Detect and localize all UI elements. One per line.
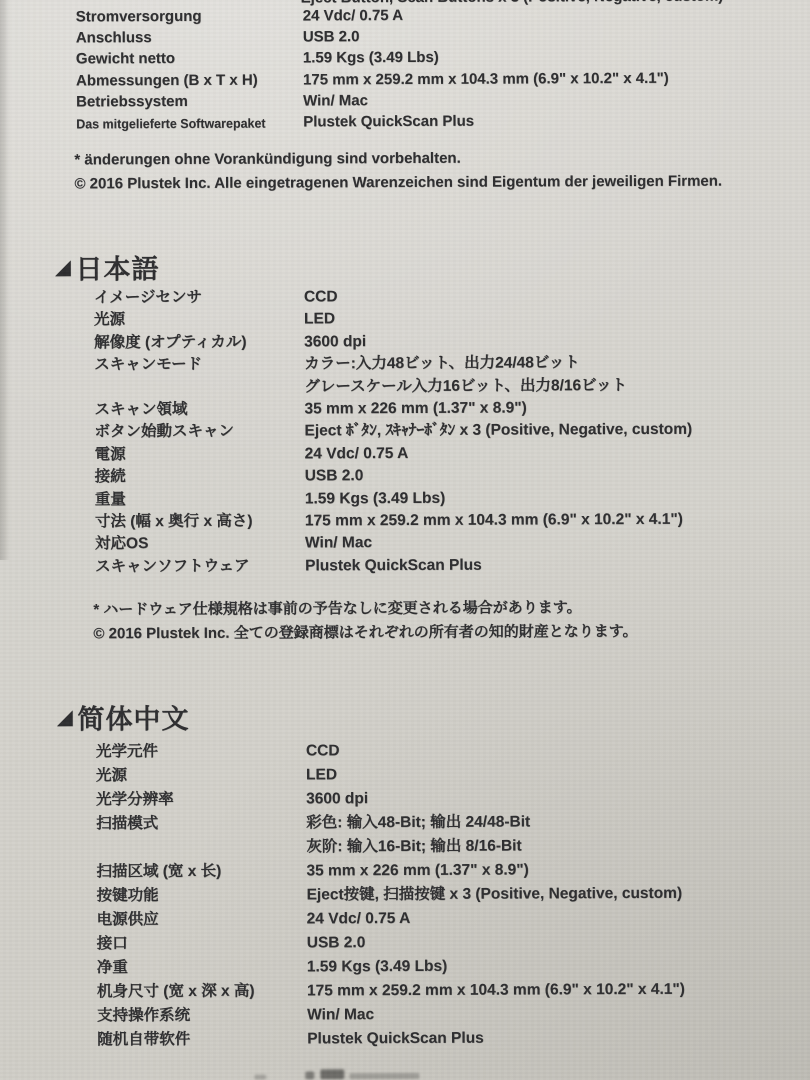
section-header-japanese: ◢ 日本語 xyxy=(56,247,160,286)
spec-row: 电源供应24 Vdc/ 0.75 A xyxy=(97,906,685,933)
spec-label: 净重 xyxy=(97,955,307,980)
spec-row: 接続USB 2.0 xyxy=(95,464,693,489)
footnote-changes-de: * änderungen ohne Vorankündigung sind vo… xyxy=(74,146,722,172)
spec-row: 随机自带软件Plustek QuickScan Plus xyxy=(97,1026,685,1053)
spec-label: 光源 xyxy=(96,763,306,788)
spec-row: 接口USB 2.0 xyxy=(97,930,685,957)
spec-value-line: 175 mm x 259.2 mm x 104.3 mm (6.9" x 10.… xyxy=(303,67,669,90)
spec-value-line: 24 Vdc/ 0.75 A xyxy=(307,907,411,931)
spec-value-line: カラー:入力48ビット、出力24/48ビット xyxy=(304,352,627,376)
spec-value: Win/ Mac xyxy=(305,533,372,556)
spec-value-line: 175 mm x 259.2 mm x 104.3 mm (6.9" x 10.… xyxy=(307,978,685,1004)
spec-row: 光源LED xyxy=(94,307,692,332)
spec-value: LED xyxy=(304,309,335,332)
spec-value: 彩色: 输入48-Bit; 输出 24/48-Bit灰阶: 输入16-Bit; … xyxy=(306,810,530,859)
cropped-next-line-glyph xyxy=(320,1069,344,1079)
spec-value-line: 175 mm x 259.2 mm x 104.3 mm (6.9" x 10.… xyxy=(305,509,683,533)
spec-row: Abmessungen (B x T x H)175 mm x 259.2 mm… xyxy=(76,67,669,91)
spec-label: 光学元件 xyxy=(96,739,306,764)
spec-row: 按键功能Eject按键, 扫描按键 x 3 (Positive, Negativ… xyxy=(96,882,684,909)
spec-value: USB 2.0 xyxy=(307,931,366,955)
spec-value-line: 24 Vdc/ 0.75 A xyxy=(303,5,403,27)
spec-value-line: USB 2.0 xyxy=(305,465,364,488)
spec-value-line: Plustek QuickScan Plus xyxy=(303,111,474,133)
spec-value: 3600 dpi xyxy=(304,331,366,354)
spec-row: AnschlussUSB 2.0 xyxy=(76,25,669,49)
spec-row: イメージセンサCCD xyxy=(94,285,692,310)
spec-value: USB 2.0 xyxy=(303,26,360,47)
spec-value: Plustek QuickScan Plus xyxy=(303,111,474,134)
spec-row: 光学元件CCD xyxy=(96,738,684,765)
spec-value: 24 Vdc/ 0.75 A xyxy=(303,5,403,27)
spec-value: 175 mm x 259.2 mm x 104.3 mm (6.9" x 10.… xyxy=(307,978,685,1004)
spec-value-line: 1.59 Kgs (3.49 Lbs) xyxy=(305,487,446,510)
spec-value: Win/ Mac xyxy=(303,90,368,111)
cropped-next-line-glyph xyxy=(305,1071,314,1079)
spec-value: 24 Vdc/ 0.75 A xyxy=(307,907,411,931)
spec-row: 扫描区域 (宽 x 长)35 mm x 226 mm (1.37" x 8.9"… xyxy=(96,858,684,885)
spec-value-line: 1.59 Kgs (3.49 Lbs) xyxy=(307,955,448,980)
spec-label: 重量 xyxy=(95,488,305,511)
spec-label: 电源供应 xyxy=(97,907,307,932)
spec-value: 1.59 Kgs (3.49 Lbs) xyxy=(303,47,439,69)
spec-value-line: LED xyxy=(304,309,335,332)
spec-value-line: Plustek QuickScan Plus xyxy=(305,555,482,578)
spec-value: 24 Vdc/ 0.75 A xyxy=(305,443,409,466)
spec-label: Abmessungen (B x T x H) xyxy=(76,69,303,91)
spec-label: スキャンソフトウェア xyxy=(95,555,305,578)
spec-label: 寸法 (幅 x 奥行 x 高さ) xyxy=(95,510,305,533)
section-chinese: 光学元件CCD光源LED光学分辨率3600 dpi扫描模式彩色: 输入48-Bi… xyxy=(96,738,685,1053)
section-german: Stromversorgung24 Vdc/ 0.75 AAnschlussUS… xyxy=(76,4,669,135)
spec-row: ボタン始動スキャンEject ﾎﾞﾀﾝ, ｽｷｬﾅｰﾎﾞﾀﾝ x 3 (Posi… xyxy=(94,419,692,444)
spec-value-line: USB 2.0 xyxy=(303,26,360,47)
spec-value: 35 mm x 226 mm (1.37" x 8.9") xyxy=(306,858,528,883)
triangle-marker-icon: ◢ xyxy=(56,258,71,277)
photo-edge-shadow xyxy=(0,0,10,560)
spec-row: 净重1.59 Kgs (3.49 Lbs) xyxy=(97,954,685,981)
german-footnotes: * änderungen ohne Vorankündigung sind vo… xyxy=(74,146,722,196)
spec-value-line: 3600 dpi xyxy=(304,331,366,354)
spec-row: Stromversorgung24 Vdc/ 0.75 A xyxy=(76,4,669,28)
spec-value: LED xyxy=(306,763,337,787)
cropped-next-line-glyph xyxy=(349,1073,419,1079)
spec-label: 扫描模式 xyxy=(96,811,306,860)
spec-row: 扫描模式彩色: 输入48-Bit; 输出 24/48-Bit灰阶: 输入16-B… xyxy=(96,810,684,861)
spec-label: スキャン領域 xyxy=(94,398,304,421)
spec-label: Anschluss xyxy=(76,27,303,49)
spec-label: イメージセンサ xyxy=(94,286,304,309)
spec-label: 按键功能 xyxy=(96,883,306,908)
spec-label: 扫描区域 (宽 x 长) xyxy=(96,859,306,884)
spec-label: ボタン始動スキャン xyxy=(94,421,304,444)
spec-label: スキャンモード xyxy=(94,354,304,400)
spec-label: 支持操作系统 xyxy=(97,1003,307,1028)
spec-value-line: 3600 dpi xyxy=(306,787,368,811)
spec-row: スキャンモードカラー:入力48ビット、出力24/48ビットグレースケール入力16… xyxy=(94,352,692,399)
spec-label: Stromversorgung xyxy=(76,5,303,27)
spec-value-line: Eject按键, 扫描按键 x 3 (Positive, Negative, c… xyxy=(306,882,682,908)
spec-value-line: 灰阶: 输入16-Bit; 输出 8/16-Bit xyxy=(306,834,530,859)
spec-label: Gewicht netto xyxy=(76,48,303,70)
spec-row: Gewicht netto1.59 Kgs (3.49 Lbs) xyxy=(76,46,669,70)
spec-row: 電源24 Vdc/ 0.75 A xyxy=(95,442,693,467)
section-title-chinese: 简体中文 xyxy=(77,697,189,736)
spec-value-line: グレースケール入力16ビット、出力8/16ビット xyxy=(304,375,627,399)
spec-row: 光源LED xyxy=(96,762,684,789)
spec-label: Betriebssystem xyxy=(76,90,303,112)
footnote-changes-jp: * ハードウェア仕様規格は事前の予告なしに変更される場合があります。 xyxy=(93,596,637,622)
spec-row: 解像度 (オプティカル)3600 dpi xyxy=(94,330,692,355)
spec-value: CCD xyxy=(306,739,340,763)
spec-row: 机身尺寸 (宽 x 深 x 高)175 mm x 259.2 mm x 104.… xyxy=(97,978,685,1005)
spec-value: Win/ Mac xyxy=(307,1003,374,1027)
spec-value-line: USB 2.0 xyxy=(307,931,366,955)
spec-label: 光源 xyxy=(94,309,304,332)
spec-row: スキャン領域35 mm x 226 mm (1.37" x 8.9") xyxy=(94,397,692,422)
spec-value: Eject ﾎﾞﾀﾝ, ｽｷｬﾅｰﾎﾞﾀﾝ x 3 (Positive, Neg… xyxy=(304,419,692,443)
spec-label: 対応OS xyxy=(95,533,305,556)
footnote-copyright-de: © 2016 Plustek Inc. Alle eingetragenen W… xyxy=(74,169,722,195)
cropped-next-line-glyph xyxy=(254,1075,266,1080)
document-content: Eject Button, Scan Buttons x 3 (Positive… xyxy=(0,0,810,1080)
spec-label: 解像度 (オプティカル) xyxy=(94,331,304,354)
spec-value: Plustek QuickScan Plus xyxy=(307,1027,484,1052)
spec-label: 電源 xyxy=(95,443,305,466)
spec-value: Plustek QuickScan Plus xyxy=(305,555,482,578)
spec-label: 机身尺寸 (宽 x 深 x 高) xyxy=(97,979,307,1004)
spec-label: 接口 xyxy=(97,931,307,956)
spec-row: 寸法 (幅 x 奥行 x 高さ)175 mm x 259.2 mm x 104.… xyxy=(95,509,693,534)
spec-value-line: Plustek QuickScan Plus xyxy=(307,1027,484,1052)
section-header-chinese: ◢ 简体中文 xyxy=(58,697,190,737)
spec-value: 175 mm x 259.2 mm x 104.3 mm (6.9" x 10.… xyxy=(303,67,669,90)
triangle-marker-icon: ◢ xyxy=(58,708,73,727)
spec-value-line: LED xyxy=(306,763,337,787)
footnote-copyright-jp: © 2016 Plustek Inc. 全ての登録商標はそれぞれの所有者の知的財… xyxy=(93,619,637,645)
spec-label: 光学分辨率 xyxy=(96,787,306,812)
spec-value-line: Win/ Mac xyxy=(303,90,368,111)
spec-row: 重量1.59 Kgs (3.49 Lbs) xyxy=(95,486,693,511)
spec-value-line: Eject ﾎﾞﾀﾝ, ｽｷｬﾅｰﾎﾞﾀﾝ x 3 (Positive, Neg… xyxy=(304,419,692,443)
spec-value: 1.59 Kgs (3.49 Lbs) xyxy=(307,955,448,980)
spec-value: 175 mm x 259.2 mm x 104.3 mm (6.9" x 10.… xyxy=(305,509,683,533)
spec-row: 支持操作系统Win/ Mac xyxy=(97,1002,685,1029)
spec-value: 1.59 Kgs (3.49 Lbs) xyxy=(305,487,446,510)
japanese-footnotes: * ハードウェア仕様規格は事前の予告なしに変更される場合があります。 © 201… xyxy=(93,596,637,645)
spec-value-line: 35 mm x 226 mm (1.37" x 8.9") xyxy=(304,397,526,420)
spec-value-line: 1.59 Kgs (3.49 Lbs) xyxy=(303,47,439,69)
spec-row: BetriebssystemWin/ Mac xyxy=(76,89,669,113)
spec-row: 対応OSWin/ Mac xyxy=(95,531,693,556)
spec-sheet-photo: Eject Button, Scan Buttons x 3 (Positive… xyxy=(0,0,810,1080)
spec-row: スキャンソフトウェアPlustek QuickScan Plus xyxy=(95,554,693,579)
spec-value-line: 24 Vdc/ 0.75 A xyxy=(305,443,409,466)
spec-value: CCD xyxy=(304,286,338,309)
spec-row: Das mitgelieferte SoftwarepaketPlustek Q… xyxy=(76,110,669,135)
spec-value: カラー:入力48ビット、出力24/48ビットグレースケール入力16ビット、出力8… xyxy=(304,352,627,398)
spec-value-line: 35 mm x 226 mm (1.37" x 8.9") xyxy=(306,858,528,883)
section-japanese: イメージセンサCCD光源LED解像度 (オプティカル)3600 dpiスキャンモ… xyxy=(94,285,693,579)
spec-row: 光学分辨率3600 dpi xyxy=(96,786,684,813)
spec-value-line: CCD xyxy=(304,286,338,309)
spec-value: 35 mm x 226 mm (1.37" x 8.9") xyxy=(304,397,526,420)
spec-value-line: CCD xyxy=(306,739,340,763)
spec-value: 3600 dpi xyxy=(306,787,368,811)
spec-value-line: Win/ Mac xyxy=(305,533,372,556)
spec-value: USB 2.0 xyxy=(305,465,364,488)
spec-value-line: Win/ Mac xyxy=(307,1003,374,1027)
section-title-japanese: 日本語 xyxy=(75,247,159,286)
spec-value: Eject按键, 扫描按键 x 3 (Positive, Negative, c… xyxy=(306,882,682,908)
spec-label: 接続 xyxy=(95,466,305,489)
spec-label: 随机自带软件 xyxy=(97,1027,307,1052)
spec-label: Das mitgelieferte Softwarepaket xyxy=(76,111,294,134)
spec-value-line: 彩色: 输入48-Bit; 输出 24/48-Bit xyxy=(306,810,530,835)
